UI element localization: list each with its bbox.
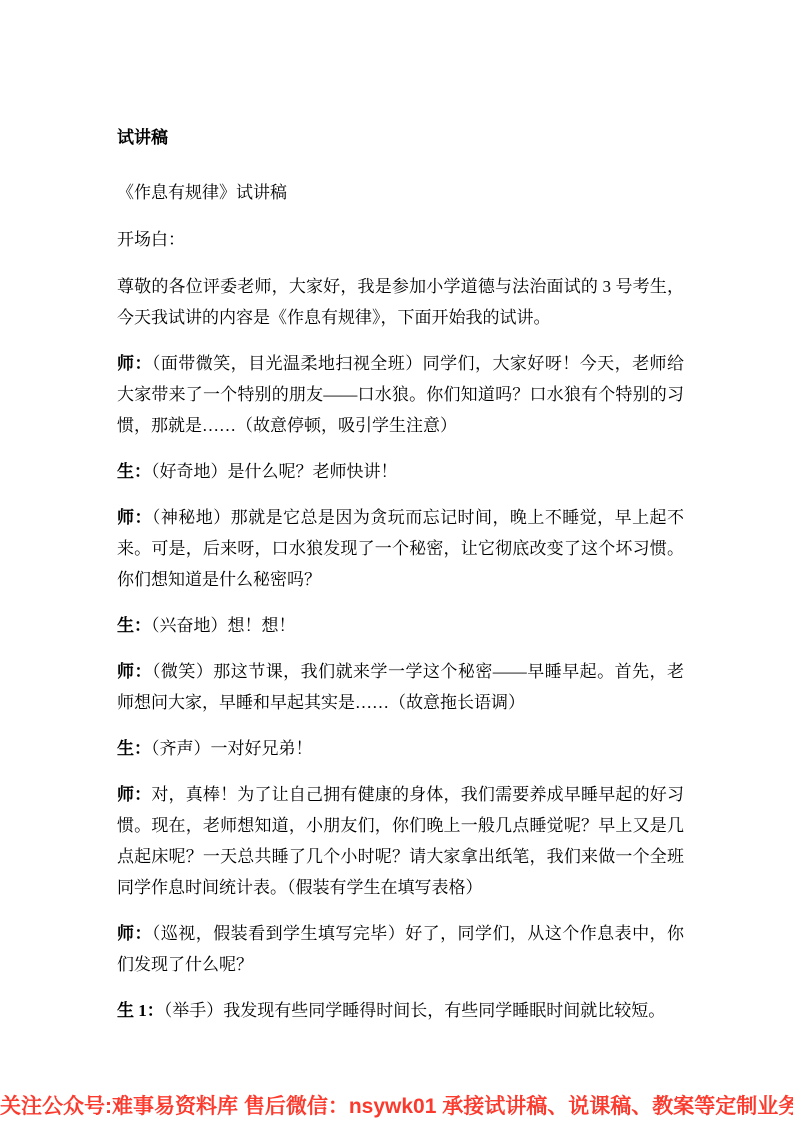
dialogue-paragraph: 师：（面带微笑，目光温柔地扫视全班）同学们，大家好呀！今天，老师给大家带来了一个… (117, 348, 684, 441)
speaker-label: 生： (117, 462, 151, 481)
dialogue-text: （齐声）一对好兄弟！ (151, 739, 313, 758)
dialogue-text: 对，真棒！为了让自己拥有健康的身体，我们需要养成早睡早起的好习惯。现在，老师想知… (117, 785, 684, 897)
speaker-label: 师： (117, 785, 151, 804)
dialogue-text: （面带微笑，目光温柔地扫视全班）同学们，大家好呀！今天，老师给大家带来了一个特别… (117, 354, 684, 435)
speaker-label: 师： (117, 508, 152, 527)
speaker-label: 生： (117, 739, 151, 758)
dialogue-text: （举手）我发现有些同学睡得时间长，有些同学睡眠时间就比较短。 (164, 1001, 666, 1020)
speaker-label: 生 1： (117, 1001, 164, 1020)
page-title: 试讲稿 (117, 122, 684, 153)
dialogue-body: 尊敬的各位评委老师，大家好，我是参加小学道德与法治面试的 3 号考生，今天我试讲… (117, 271, 684, 1026)
dialogue-text: （微笑）那这节课，我们就来学一学这个秘密——早睡早起。首先，老师想问大家，早睡和… (117, 662, 684, 712)
document-page: 试讲稿 《作息有规律》试讲稿 开场白： 尊敬的各位评委老师，大家好，我是参加小学… (0, 0, 793, 1122)
dialogue-paragraph: 生：（好奇地）是什么呢？老师快讲！ (117, 456, 684, 487)
dialogue-text: （神秘地）那就是它总是因为贪玩而忘记时间，晚上不睡觉，早上起不来。可是，后来呀，… (117, 508, 684, 589)
document-subtitle: 《作息有规律》试讲稿 (117, 177, 684, 208)
promo-footer-text: 关注公众号:难事易资料库 售后微信：nsywk01 承接试讲稿、说课稿、教案等定… (0, 1095, 793, 1118)
section-label: 开场白： (117, 224, 684, 255)
dialogue-text: （巡视，假装看到学生填写完毕）好了，同学们，从这个作息表中，你们发现了什么呢？ (117, 924, 684, 974)
speaker-label: 生： (117, 616, 151, 635)
dialogue-text: （兴奋地）想！想！ (151, 616, 296, 635)
speaker-label: 师： (117, 662, 152, 681)
dialogue-paragraph: 生：（齐声）一对好兄弟！ (117, 733, 684, 764)
dialogue-paragraph: 生 1：（举手）我发现有些同学睡得时间长，有些同学睡眠时间就比较短。 (117, 995, 684, 1026)
speaker-label: 师： (117, 924, 152, 943)
speaker-label: 师： (117, 354, 152, 373)
dialogue-paragraph: 师：（神秘地）那就是它总是因为贪玩而忘记时间，晚上不睡觉，早上起不来。可是，后来… (117, 502, 684, 595)
dialogue-paragraph: 师：对，真棒！为了让自己拥有健康的身体，我们需要养成早睡早起的好习惯。现在，老师… (117, 779, 684, 903)
dialogue-paragraph: 生：（兴奋地）想！想！ (117, 610, 684, 641)
intro-paragraph: 尊敬的各位评委老师，大家好，我是参加小学道德与法治面试的 3 号考生，今天我试讲… (117, 271, 684, 333)
dialogue-paragraph: 师：（微笑）那这节课，我们就来学一学这个秘密——早睡早起。首先，老师想问大家，早… (117, 656, 684, 718)
dialogue-text: （好奇地）是什么呢？老师快讲！ (151, 462, 398, 481)
dialogue-text: 尊敬的各位评委老师，大家好，我是参加小学道德与法治面试的 3 号考生，今天我试讲… (117, 277, 684, 327)
promo-footer-banner: 关注公众号:难事易资料库 售后微信：nsywk01 承接试讲稿、说课稿、教案等定… (0, 1092, 793, 1121)
dialogue-paragraph: 师：（巡视，假装看到学生填写完毕）好了，同学们，从这个作息表中，你们发现了什么呢… (117, 918, 684, 980)
